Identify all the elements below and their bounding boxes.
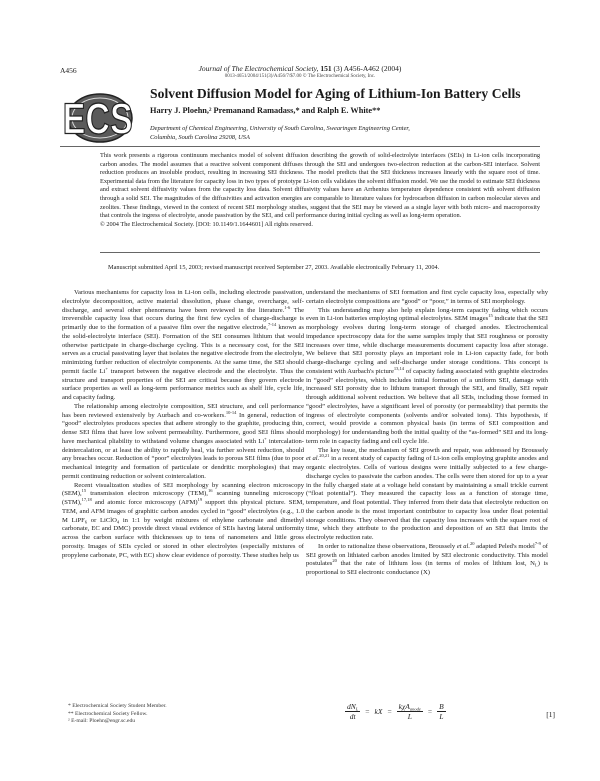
journal-volume: 151 (320, 64, 331, 73)
equation-term-2: kχAanode L (397, 702, 423, 721)
svg-text:ECS: ECS (63, 94, 133, 143)
left-column: Various mechanisms for capacity loss in … (62, 289, 304, 560)
author-affiliation: Department of Chemical Engineering, Univ… (150, 124, 550, 142)
equation-number: [1] (546, 710, 555, 719)
equation-term-3: B L (437, 702, 446, 721)
paragraph: In order to rationalize these observatio… (306, 543, 548, 578)
affiliation-line-2: Columbia, South Carolina 29208, USA (150, 133, 550, 142)
paragraph: The key issue, the mechanism of SEI grow… (306, 447, 548, 543)
paragraph: Various mechanisms for capacity loss in … (62, 289, 304, 403)
ecs-logo-icon: ECS (62, 84, 134, 148)
received-dates: Manuscript submitted April 15, 2003; rev… (108, 264, 538, 273)
paragraph: This understanding may also help explain… (306, 307, 548, 447)
journal-name: Journal of The Electrochemical Society, (199, 64, 319, 73)
footnotes: * Electrochemical Society Student Member… (68, 703, 167, 726)
copyright-line: © 2004 The Electrochemical Society. [DOI… (100, 221, 540, 230)
equation-term-1: kX (375, 707, 383, 716)
footnote-email: ² E-mail: Ploehn@engr.sc.edu (68, 718, 167, 726)
issn-line: 0013-4651/2004/151(3)/A456/7/$7.00 © The… (0, 74, 600, 79)
abstract-top-divider (60, 146, 540, 147)
right-column: understand the mechanisms of SEI formati… (306, 289, 548, 578)
footnote: ** Electrochemical Society Fellow. (68, 711, 167, 719)
abstract-bottom-divider (100, 252, 540, 253)
ecs-logo: ECS (62, 84, 134, 148)
affiliation-line-1: Department of Chemical Engineering, Univ… (150, 124, 550, 133)
abstract-text: This work presents a rigorous continuum … (100, 152, 540, 221)
paragraph: understand the mechanisms of SEI formati… (306, 289, 548, 307)
abstract: This work presents a rigorous continuum … (100, 152, 540, 229)
journal-issue-pages: (3) A456-A462 (2004) (333, 64, 401, 73)
journal-citation: Journal of The Electrochemical Society, … (0, 64, 600, 73)
article-title: Solvent Diffusion Model for Aging of Lit… (150, 86, 521, 102)
footnote: * Electrochemical Society Student Member… (68, 703, 167, 711)
article-authors: Harry J. Ploehn,² Premanand Ramadass,* a… (150, 106, 380, 115)
equation-1: dNL dt = kX = kχAanode L = B L [1] (345, 702, 555, 732)
paragraph: The relationship among electrolyte compo… (62, 403, 304, 482)
paragraph: Recent visualization studies of SEI morp… (62, 482, 304, 561)
equation-lhs: dNL dt (345, 702, 360, 721)
